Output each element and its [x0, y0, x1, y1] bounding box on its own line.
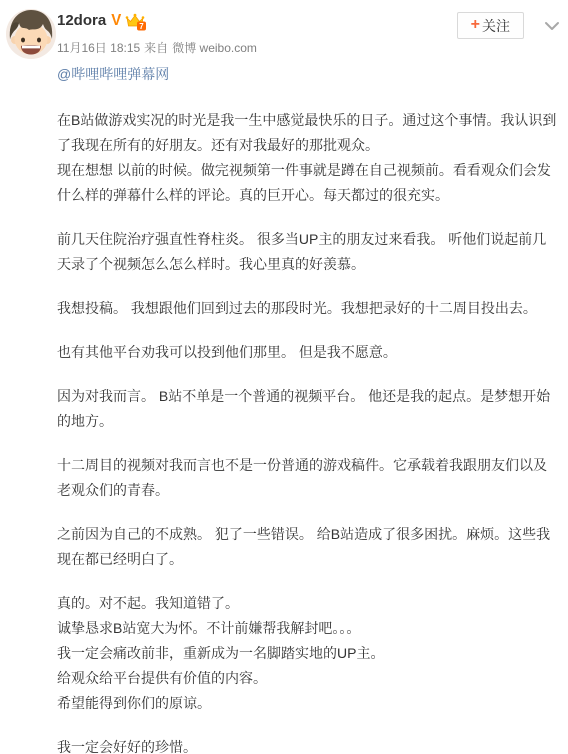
post-line: 诚挚恳求B站宽大为怀。不计前嫌帮我解封吧。。。 — [57, 616, 560, 641]
post-paragraph: 之前因为自己的不成熟。 犯了一些错误。 给B站造成了很多困扰。麻烦。这些我现在都… — [57, 522, 560, 572]
post-line: 希望能得到你们的原谅。 — [57, 691, 560, 716]
post-line: 十二周目的视频对我而言也不是一份普通的游戏稿件。它承载着我跟朋友们以及 — [57, 453, 560, 478]
avatar[interactable] — [6, 9, 56, 59]
post-line: 现在想想 以前的时候。做完视频第一件事就是蹲在自己视频前。看看观众们会发 — [57, 158, 560, 183]
post-line: 在B站做游戏实况的时光是我一生中感觉最快乐的日子。通过这个事情。我认识到 — [57, 108, 560, 133]
post-paragraph: 我想投稿。 我想跟他们回到过去的那段时光。我想把录好的十二周目投出去。 — [57, 296, 560, 321]
post-line: 之前因为自己的不成熟。 犯了一些错误。 给B站造成了很多困扰。麻烦。这些我 — [57, 522, 560, 547]
username[interactable]: 12dora — [57, 12, 106, 30]
post-paragraph: 也有其他平台劝我可以投到他们那里。 但是我不愿意。 — [57, 340, 560, 365]
post-line: 天录了个视频怎么怎么样时。我心里真的好羡慕。 — [57, 252, 560, 277]
follow-button[interactable]: + 关注 — [457, 12, 524, 39]
follow-button-label: 关注 — [482, 19, 510, 33]
source-prefix: 来自 — [144, 39, 168, 56]
post-line: 我一定会痛改前非，重新成为一名脚踏实地的UP主。 — [57, 641, 560, 666]
verified-v-icon: V — [111, 13, 120, 30]
post-line: 我一定会好好的珍惜。 — [57, 735, 560, 754]
post-line: 给观众给平台提供有价值的内容。 — [57, 666, 560, 691]
vip-level: 7 — [139, 22, 144, 31]
post-line: 老观众们的青春。 — [57, 478, 560, 503]
post-meta: 11月16日 18:15 来自 微博 weibo.com — [57, 39, 257, 56]
post-line: 因为对我而言。 B站不单是一个普通的视频平台。 他还是我的起点。是梦想开始 — [57, 384, 560, 409]
post-line: 的地方。 — [57, 409, 560, 434]
post-paragraph: 前几天住院治疗强直性脊柱炎。 很多当UP主的朋友过来看我。 听他们说起前几天录了… — [57, 227, 560, 277]
post-line: 真的。对不起。我知道错了。 — [57, 591, 560, 616]
post-paragraph: 因为对我而言。 B站不单是一个普通的视频平台。 他还是我的起点。是梦想开始的地方… — [57, 384, 560, 434]
post-body: 在B站做游戏实况的时光是我一生中感觉最快乐的日子。通过这个事情。我认识到了我现在… — [57, 108, 560, 754]
post-line: 前几天住院治疗强直性脊柱炎。 很多当UP主的朋友过来看我。 听他们说起前几 — [57, 227, 560, 252]
vip-crown-icon: 7 — [125, 13, 147, 31]
header-actions: + 关注 — [457, 12, 560, 39]
plus-icon: + — [471, 17, 480, 33]
post-line: 现在都已经明白了。 — [57, 547, 560, 572]
post-paragraph: 在B站做游戏实况的时光是我一生中感觉最快乐的日子。通过这个事情。我认识到了我现在… — [57, 108, 560, 208]
post-line: 我想投稿。 我想跟他们回到过去的那段时光。我想把录好的十二周目投出去。 — [57, 296, 560, 321]
post-line: 也有其他平台劝我可以投到他们那里。 但是我不愿意。 — [57, 340, 560, 365]
post-paragraph: 我一定会好好的珍惜。 — [57, 735, 560, 754]
post-content: @哔哩哔哩弹幕网 在B站做游戏实况的时光是我一生中感觉最快乐的日子。通过这个事情… — [57, 62, 560, 754]
post-line: 了我现在所有的好朋友。还有对我最好的那批观众。 — [57, 133, 560, 158]
mention-link[interactable]: @哔哩哔哩弹幕网 — [57, 62, 560, 87]
post-paragraph: 十二周目的视频对我而言也不是一份普通的游戏稿件。它承载着我跟朋友们以及老观众们的… — [57, 453, 560, 503]
post-paragraph: 真的。对不起。我知道错了。诚挚恳求B站宽大为怀。不计前嫌帮我解封吧。。。我一定会… — [57, 591, 560, 716]
source-link[interactable]: 微博 weibo.com — [172, 39, 257, 56]
chevron-down-icon[interactable] — [544, 18, 560, 36]
post-header: 12dora V 7 11月16日 18:15 来自 微博 weibo.com — [57, 12, 257, 56]
avatar-image — [6, 9, 56, 59]
post-line: 什么样的弹幕什么样的评论。真的巨开心。每天都过的很充实。 — [57, 183, 560, 208]
timestamp[interactable]: 11月16日 18:15 — [57, 39, 140, 56]
